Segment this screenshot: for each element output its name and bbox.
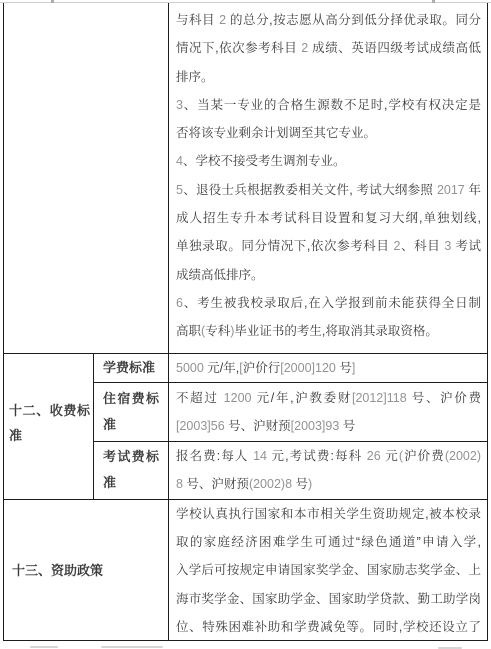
exam-fee-text: 报名费:每人 14 元,考试费:每科 26 元(沪价费(2002)8 号、沪财预… [169,442,487,500]
table-row-admission-rules-continued: 与科目 2 的总分,按志愿从高分到低分择优录取。同分情况下,依次参考科目 2 成… [4,3,487,354]
text-line: 5、退役士兵根据教委相关文件, 考试大纲参照 2017 年 [176,176,481,204]
sublabel-text: 住宿费标准 [103,386,159,438]
text-line: 3、当某一专业的合格生源数不足时,学校有权决定是 [176,91,481,119]
text-line: 情况下,依次参考科目 2 成绩、英语四级考试成绩高低 [176,34,481,62]
text-line: 高职(专科)毕业证书的考生,将取消其录取资格。 [176,317,481,345]
table-row-fee-standards: 十二、收费标准 学费标准 5000 元/年,[沪价行[2000]120 号] 住… [4,354,487,500]
admissions-table: 与科目 2 的总分,按志愿从高分到低分择优录取。同分情况下,依次参考科目 2 成… [3,3,488,641]
text-line: 与科目 2 的总分,按志愿从高分到低分择优录取。同分 [176,6,481,34]
page-break-artifact [101,646,163,648]
text-line: 取的家庭经济困难学生可通过“绿色通道”申请入学, [176,528,481,556]
row-label-text: 十三、资助政策 [12,558,164,583]
sublabel-tuition-fee: 学费标准 [94,354,169,382]
sublabel-text: 学费标准 [103,355,159,381]
text-line: 5000 元/年,[沪价行[2000]120 号] [176,354,481,382]
text-line: 成人招生专升本考试科目设置和复习大纲,单独划线, [176,204,481,232]
text-line: 入学后可按规定申请国家奖学金、国家励志奖学金、上 [176,556,481,584]
subrow-tuition-fee: 学费标准 5000 元/年,[沪价行[2000]120 号] [94,354,487,383]
text-line: 否将该专业剩余计划调至其它专业。 [176,119,481,147]
sublabel-text: 考试费标准 [103,444,159,496]
text-line: 海市奖学金、国家助学金、国家助学贷款、勤工助学岗 [176,585,481,613]
row-label-empty-cell [4,3,169,353]
accommodation-fee-text: 不超过 1200 元/年,沪教委财[2012]118 号、沪价费[2003]56… [169,383,487,441]
table-row-aid-policy: 十三、资助政策 学校认真执行国家和本市相关学生资助规定,被本校录取的家庭经济困难… [4,500,487,641]
text-line: 学校认真执行国家和本市相关学生资助规定,被本校录 [176,500,481,528]
text-line: 位、特殊困难补助和学费减免等。同时,学校还设立了 [176,613,481,641]
document-page: 与科目 2 的总分,按志愿从高分到低分择优录取。同分情况下,依次参考科目 2 成… [0,0,491,649]
tuition-fee-text: 5000 元/年,[沪价行[2000]120 号] [169,354,487,382]
aid-policy-text: 学校认真执行国家和本市相关学生资助规定,被本校录取的家庭经济困难学生可通过“绿色… [169,500,487,640]
sublabel-exam-fee: 考试费标准 [94,442,169,500]
text-line: 报名费:每人 14 元,考试费:每科 26 元(沪价费(2002) [176,442,481,470]
subrow-exam-fee: 考试费标准 报名费:每人 14 元,考试费:每科 26 元(沪价费(2002)8… [94,442,487,500]
text-line: 8 号、沪财预(2002)8 号) [176,470,481,498]
sublabel-accommodation-fee: 住宿费标准 [94,383,169,441]
text-line: 成绩高低排序。 [176,261,481,289]
row-label-text: 十二、收费标准 [9,398,90,448]
text-line: 不超过 1200 元/年,沪教委财[2012]118 号、沪价费 [176,384,481,412]
text-line: 排序。 [176,63,481,91]
text-line: 单独录取。同分情况下,依次参考科目 2、科目 3 考试 [176,232,481,260]
admission-rules-text: 与科目 2 的总分,按志愿从高分到低分择优录取。同分情况下,依次参考科目 2 成… [169,3,487,353]
page-break-artifact [30,646,58,648]
row-label-fee-standards: 十二、收费标准 [4,354,94,499]
text-line: 4、学校不接受考生调剂专业。 [176,147,481,175]
row-label-aid-policy: 十三、资助政策 [4,500,169,640]
fee-subtable: 学费标准 5000 元/年,[沪价行[2000]120 号] 住宿费标准 不超过… [94,354,487,499]
subrow-accommodation-fee: 住宿费标准 不超过 1200 元/年,沪教委财[2012]118 号、沪价费[2… [94,383,487,442]
text-line: 6、考生被我校录取后,在入学报到前未能获得全日制 [176,289,481,317]
text-line: [2003]56 号、沪财预[2003]93 号 [176,412,481,440]
